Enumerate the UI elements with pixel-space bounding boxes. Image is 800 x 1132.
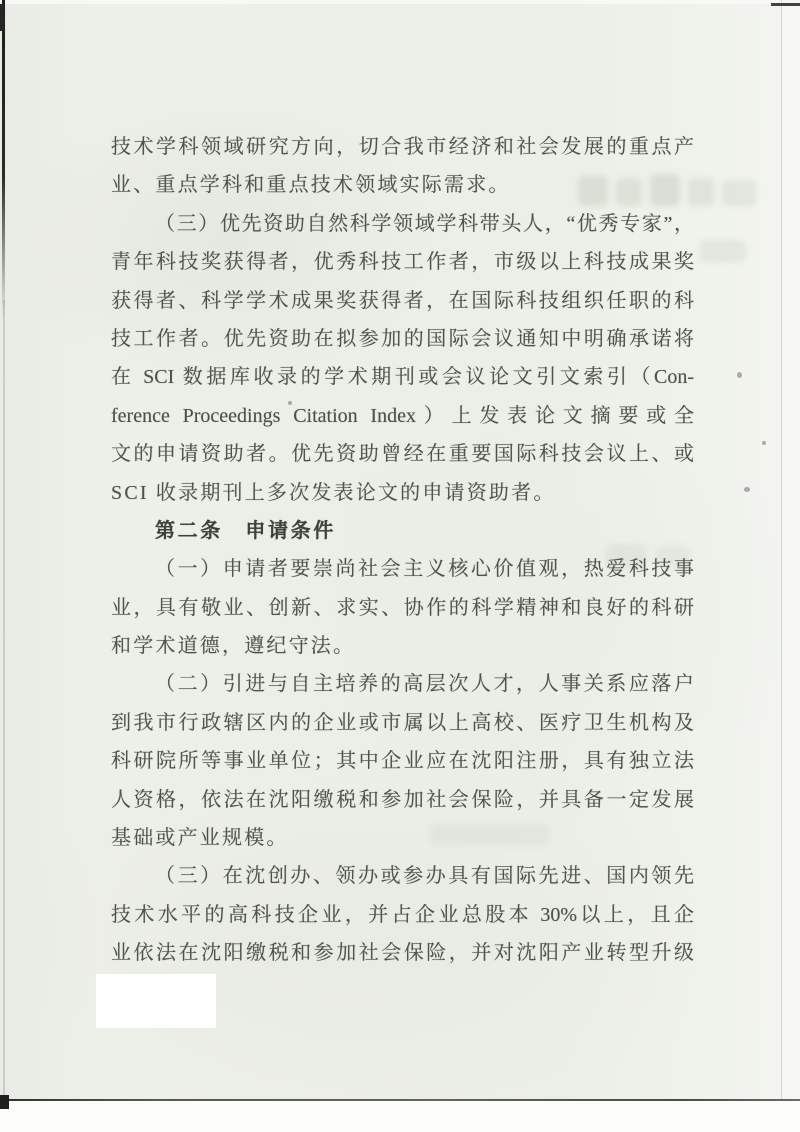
text-line: （二）引进与自主培养的高层次人才，人事关系应落户: [111, 665, 694, 703]
bleed-through-mark: [700, 240, 746, 262]
redaction-box: [96, 974, 216, 1028]
text-line: 文的申请资助者。优先资助曾经在重要国际科技会议上、或: [111, 435, 694, 473]
text-line: （一）申请者要崇尚社会主义核心价值观，热爱科技事: [111, 550, 694, 588]
text-line: 在 SCI 数据库收录的学术期刊或会议论文引文索引（Con-: [111, 358, 694, 396]
page-right-edge-band: [781, 0, 800, 1101]
text-line: 人资格，依法在沈阳缴税和参加社会保险，并具备一定发展: [111, 781, 694, 819]
text-line: 青年科技奖获得者，优秀科技工作者，市级以上科技成果奖: [111, 243, 694, 281]
scan-top-right-dash: [771, 3, 800, 6]
text-line: 技工作者。优先资助在拟参加的国际会议通知中明确承诺将: [111, 320, 694, 358]
text-line: 业依法在沈阳缴税和参加社会保险，并对沈阳产业转型升级: [111, 934, 694, 972]
text-line: （三）优先资助自然科学领域学科带头人，“优秀专家”，: [111, 205, 694, 243]
scan-speck: [737, 372, 742, 378]
scan-bottom-left-mark: [0, 1095, 9, 1109]
text-line: 科研院所等事业单位；其中企业应在沈阳注册，具有独立法: [111, 742, 694, 780]
text-line: 业、重点学科和重点技术领域实际需求。: [111, 166, 694, 204]
scanned-document-page: 技术学科领域研究方向，切合我市经济和社会发展的重点产业、重点学科和重点技术领域实…: [0, 0, 800, 1132]
text-line: 业，具有敬业、创新、求实、协作的科学精神和良好的科研: [111, 589, 694, 627]
scan-left-faint-line: [3, 300, 5, 1095]
document-text: 技术学科领域研究方向，切合我市经济和社会发展的重点产业、重点学科和重点技术领域实…: [111, 128, 694, 973]
text-line: 基础或产业规模。: [111, 819, 694, 857]
scanner-background: [0, 1101, 800, 1132]
text-line: 技术学科领域研究方向，切合我市经济和社会发展的重点产: [111, 128, 694, 166]
scan-left-edge-line: [2, 0, 5, 320]
text-line: （三）在沈创办、领办或参办具有国际先进、国内领先: [111, 857, 694, 895]
section-heading-line: 第二条 申请条件: [111, 512, 694, 550]
text-line: ference Proceedings Citation Index）上发表论文…: [111, 397, 694, 435]
text-line: SCI 收录期刊上多次发表论文的申请资助者。: [111, 474, 694, 512]
text-line: 技术水平的高科技企业，并占企业总股本 30%以上，且企: [111, 896, 694, 934]
scan-speck: [744, 487, 750, 492]
text-line: 到我市行政辖区内的企业或市属以上高校、医疗卫生机构及: [111, 704, 694, 742]
text-line: 和学术道德，遵纪守法。: [111, 627, 694, 665]
bleed-through-mark: [722, 180, 756, 206]
text-line: 获得者、科学学术成果奖获得者，在国际科技组织任职的科: [111, 282, 694, 320]
scan-top-left-mark: [0, 4, 4, 31]
scan-speck: [762, 441, 766, 445]
scan-top-strip: [0, 0, 800, 4]
